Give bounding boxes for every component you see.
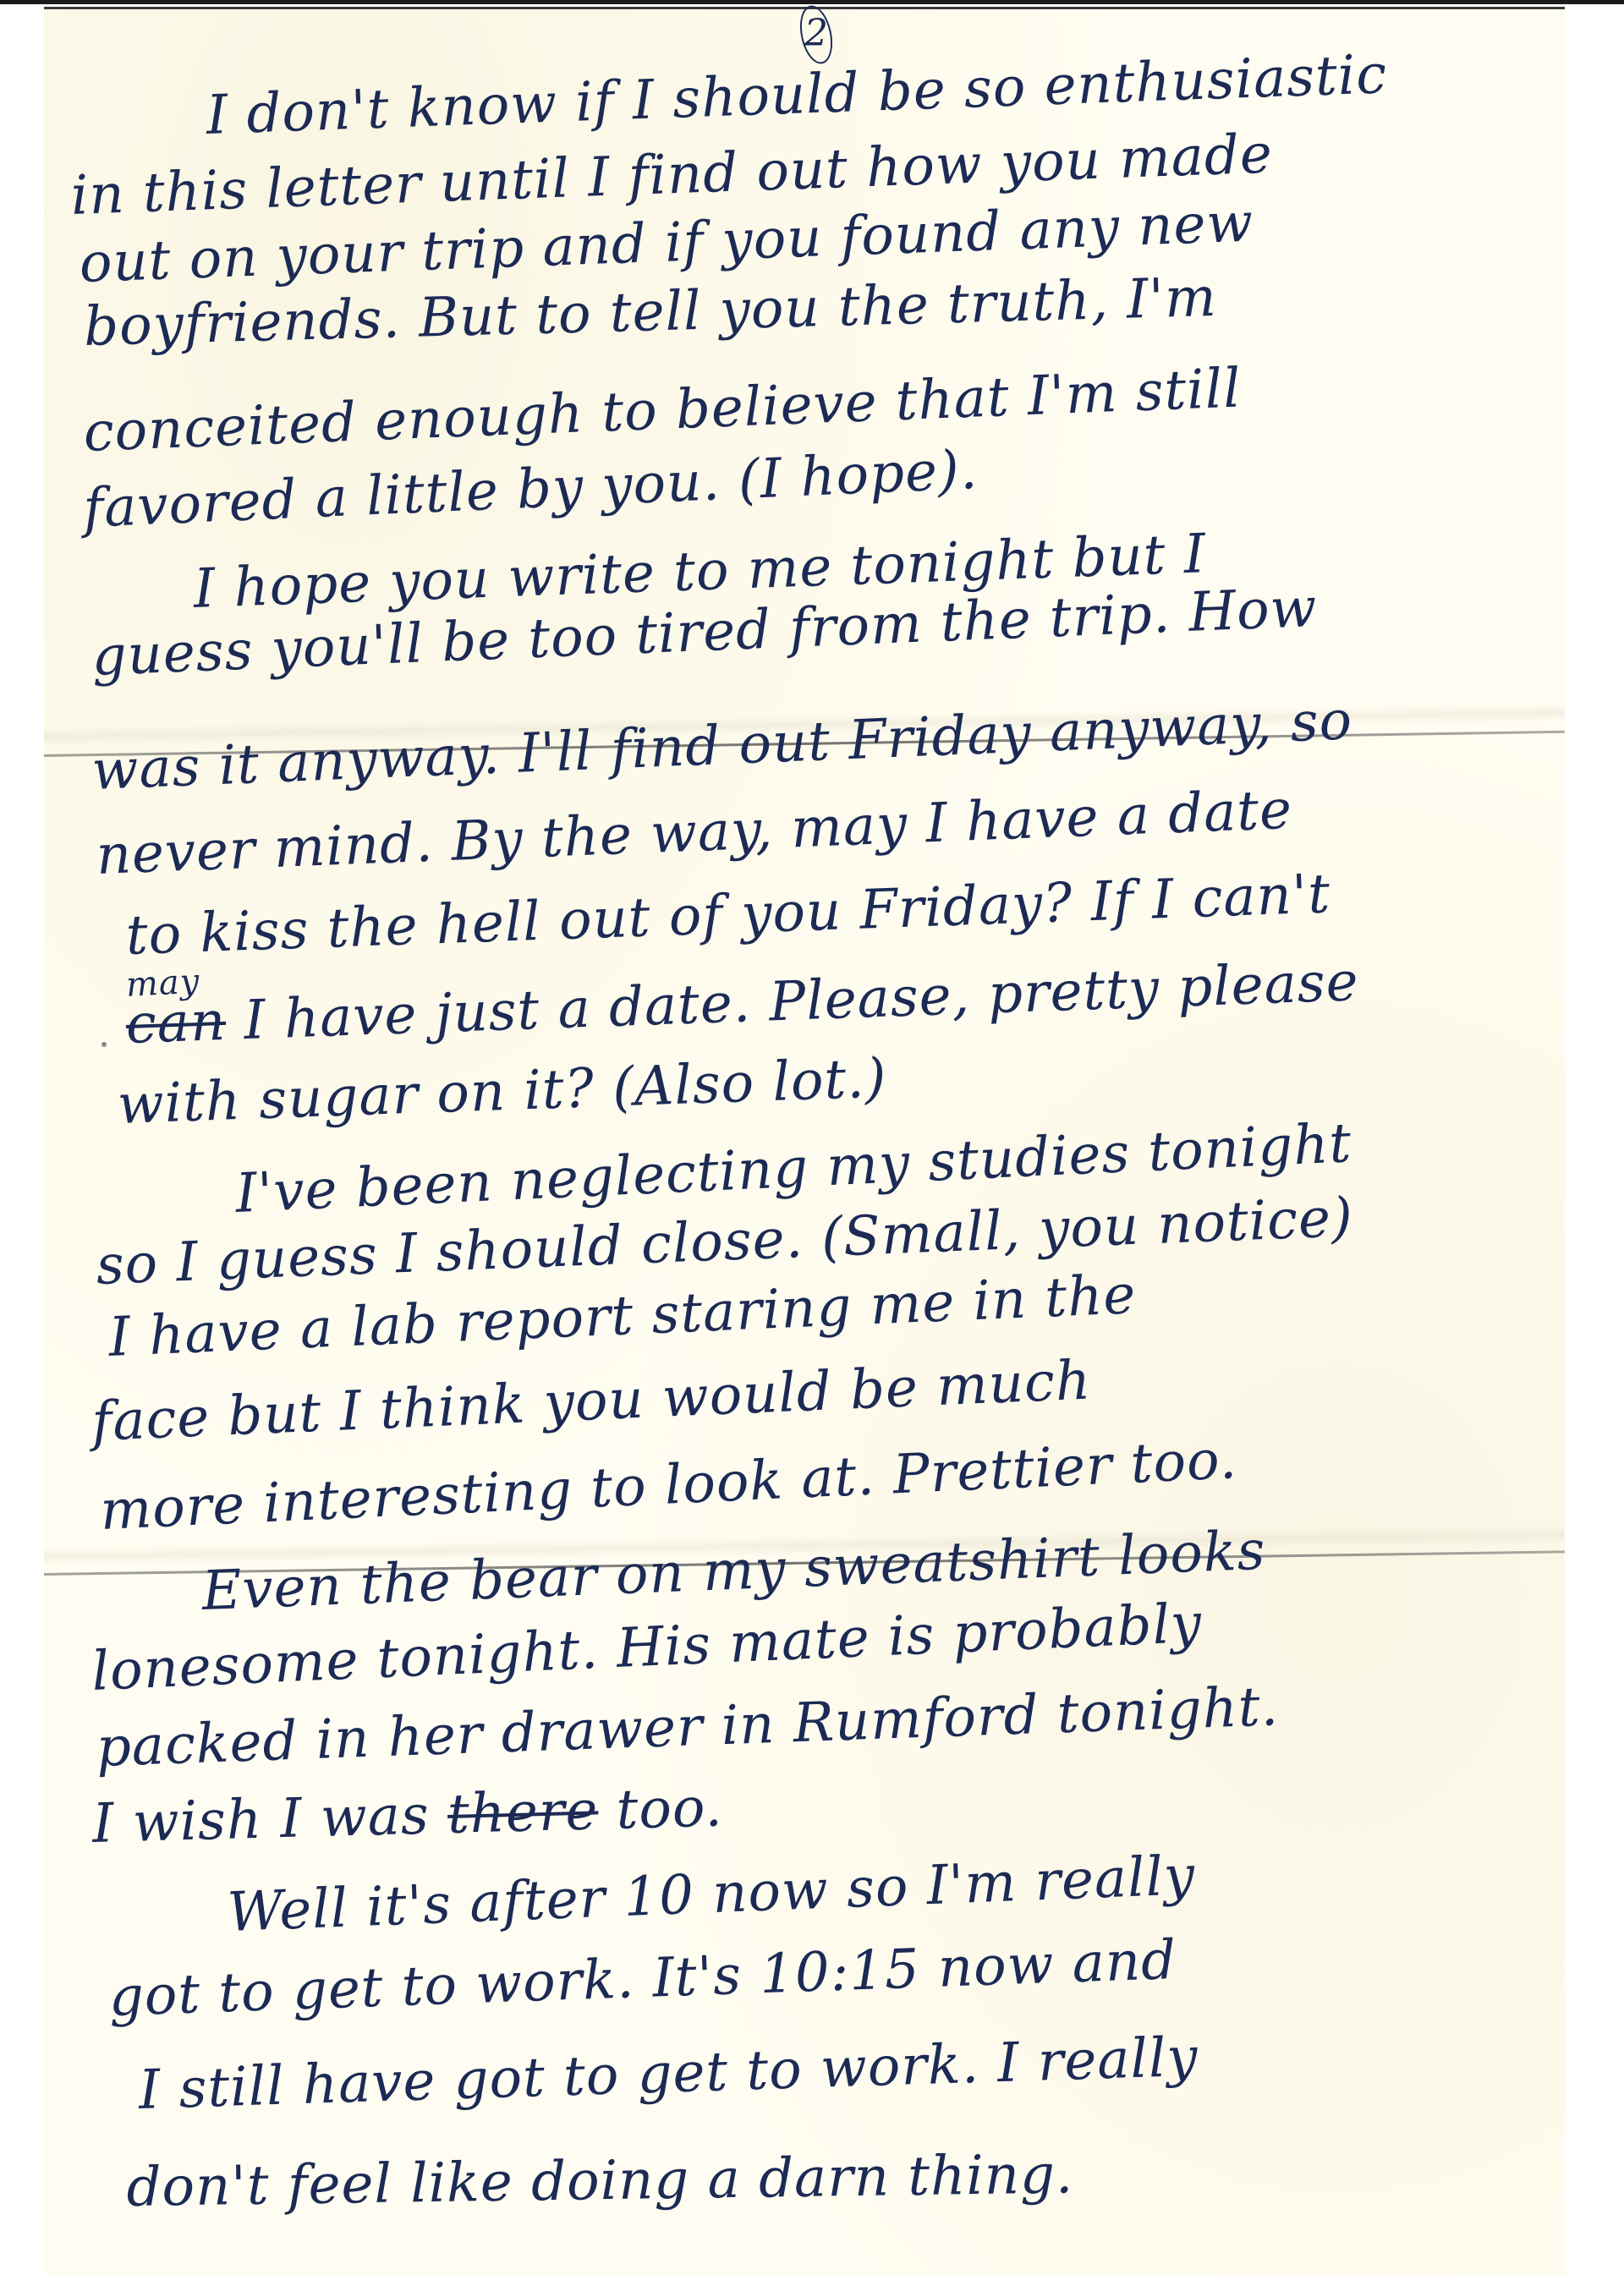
line-text: too. xyxy=(597,1777,723,1843)
letter-line-corrected: I wish I was there too. xyxy=(91,1781,723,1851)
letter-line: don't feel like doing a darn thing. xyxy=(126,2147,1074,2215)
struck-word: there xyxy=(447,1779,599,1846)
line-text: I wish I was xyxy=(91,1784,448,1856)
paper-speck xyxy=(101,1042,107,1047)
page-number: 2 xyxy=(791,0,842,68)
struck-word: can xyxy=(125,990,228,1056)
